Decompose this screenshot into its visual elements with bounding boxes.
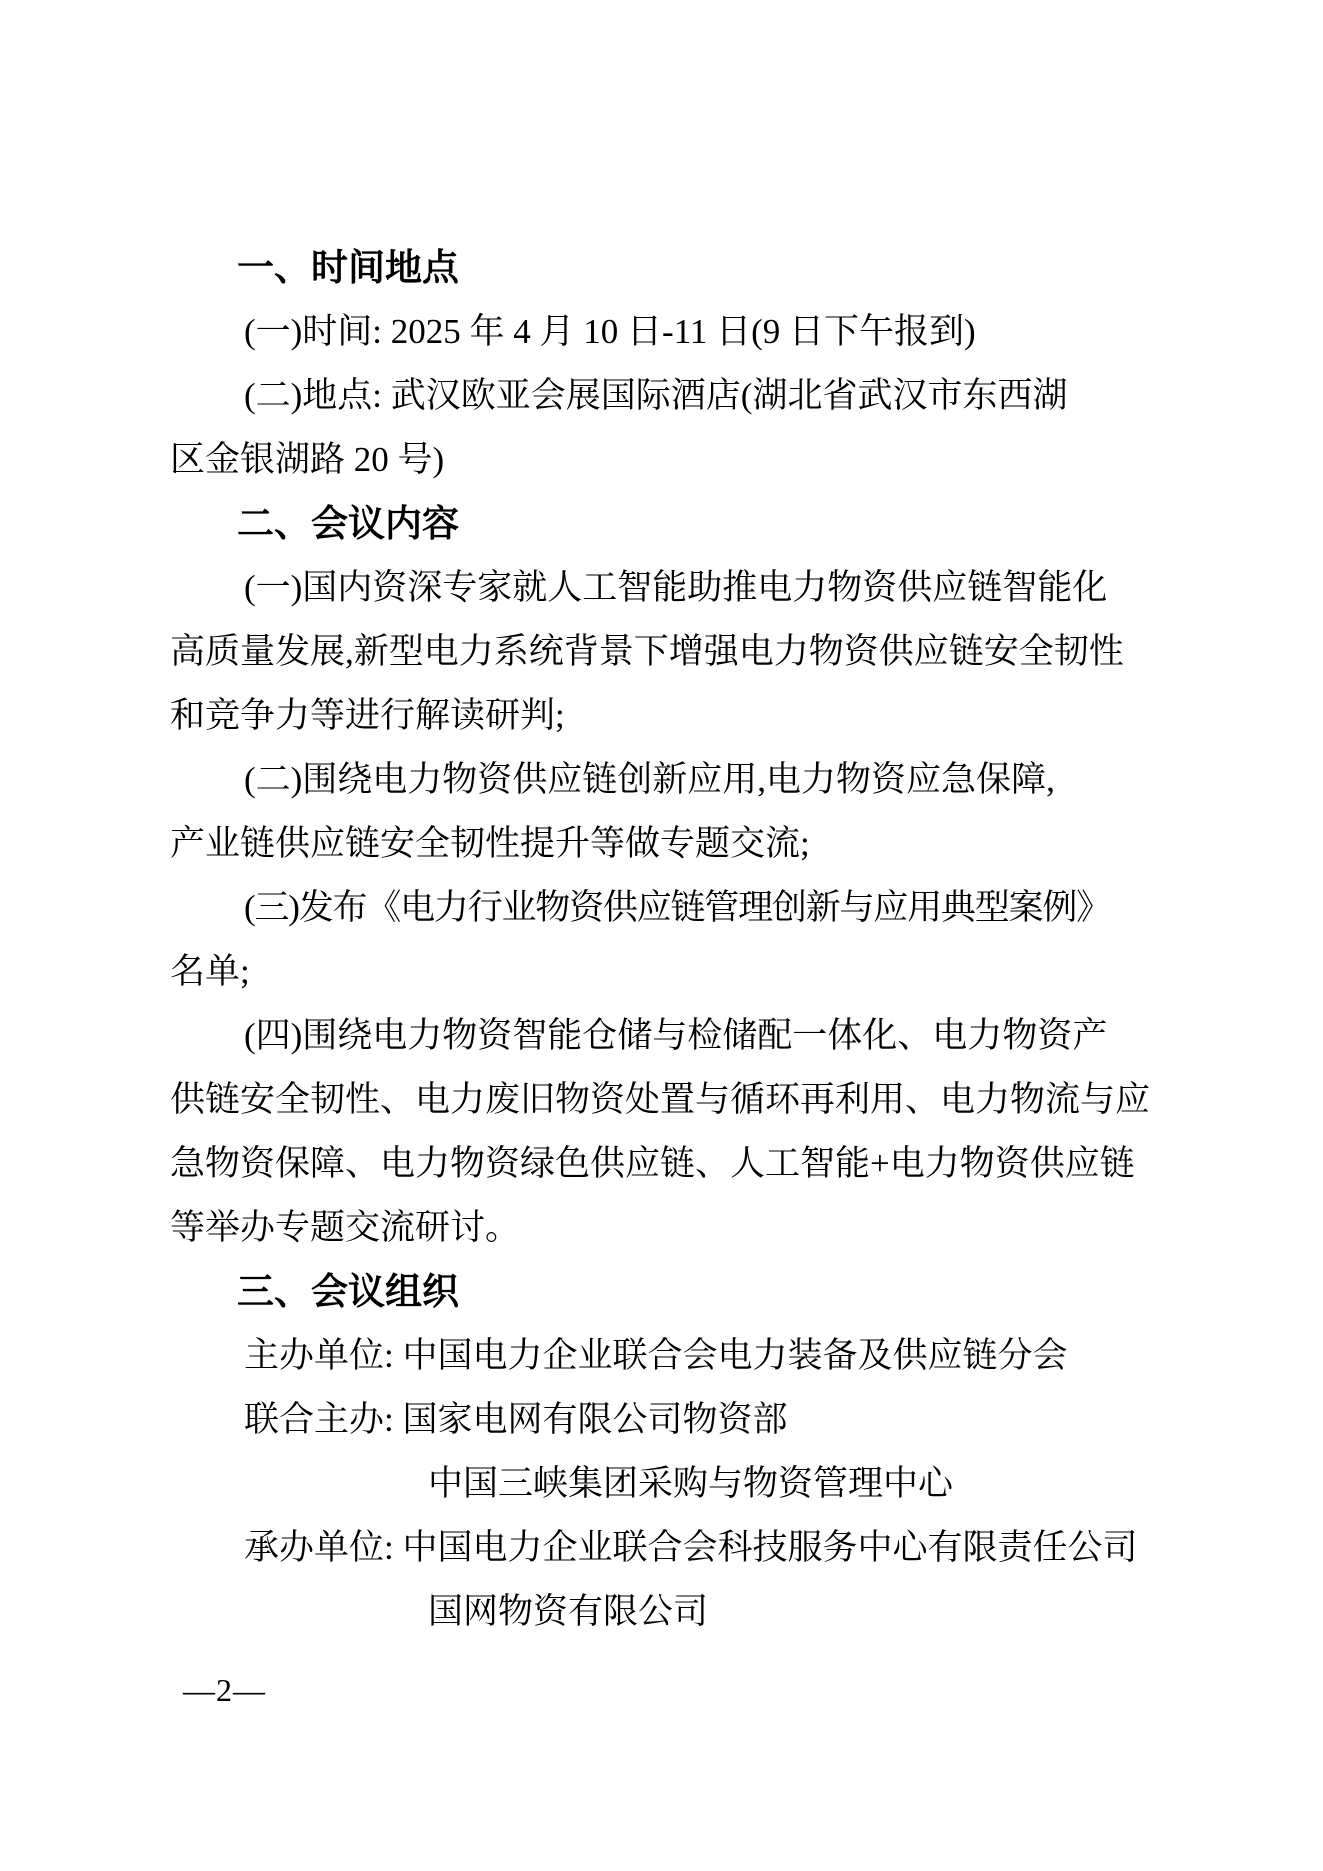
text-line: 供链安全韧性、电力废旧物资处置与循环再利用、电力物流与应 [170,1068,1160,1132]
document-body: 一、时间地点(一)时间: 2025 年 4 月 10 日-11 日(9 日下午报… [170,236,1160,1644]
text-line: 承办单位: 中国电力企业联合会科技服务中心有限责任公司 [170,1516,1160,1580]
text-line: (一)国内资深专家就人工智能助推电力物资供应链智能化 [170,556,1160,620]
text-line: 联合主办: 国家电网有限公司物资部 [170,1388,1160,1452]
text-line: 名单; [170,940,1160,1004]
text-line: (二)地点: 武汉欧亚会展国际酒店(湖北省武汉市东西湖 [170,364,1160,428]
text-line: 中国三峡集团采购与物资管理中心 [170,1452,1160,1516]
page-number: —2— [183,1658,266,1722]
text-line: 等举办专题交流研讨。 [170,1196,1160,1260]
document-page: 一、时间地点(一)时间: 2025 年 4 月 10 日-11 日(9 日下午报… [0,0,1323,1871]
section-heading: 三、会议组织 [170,1260,1160,1324]
text-line: 产业链供应链安全韧性提升等做专题交流; [170,812,1160,876]
text-line: (二)围绕电力物资供应链创新应用,电力物资应急保障, [170,748,1160,812]
text-line: (一)时间: 2025 年 4 月 10 日-11 日(9 日下午报到) [170,300,1160,364]
text-line: 急物资保障、电力物资绿色供应链、人工智能+电力物资供应链 [170,1132,1160,1196]
text-line: (四)围绕电力物资智能仓储与检储配一体化、电力物资产 [170,1004,1160,1068]
section-heading: 一、时间地点 [170,236,1160,300]
text-line: 区金银湖路 20 号) [170,428,1160,492]
section-heading: 二、会议内容 [170,492,1160,556]
text-line: 主办单位: 中国电力企业联合会电力装备及供应链分会 [170,1324,1160,1388]
text-line: 高质量发展,新型电力系统背景下增强电力物资供应链安全韧性 [170,620,1160,684]
text-line: 和竞争力等进行解读研判; [170,684,1160,748]
text-line: (三)发布《电力行业物资供应链管理创新与应用典型案例》 [170,876,1160,940]
text-line: 国网物资有限公司 [170,1580,1160,1644]
